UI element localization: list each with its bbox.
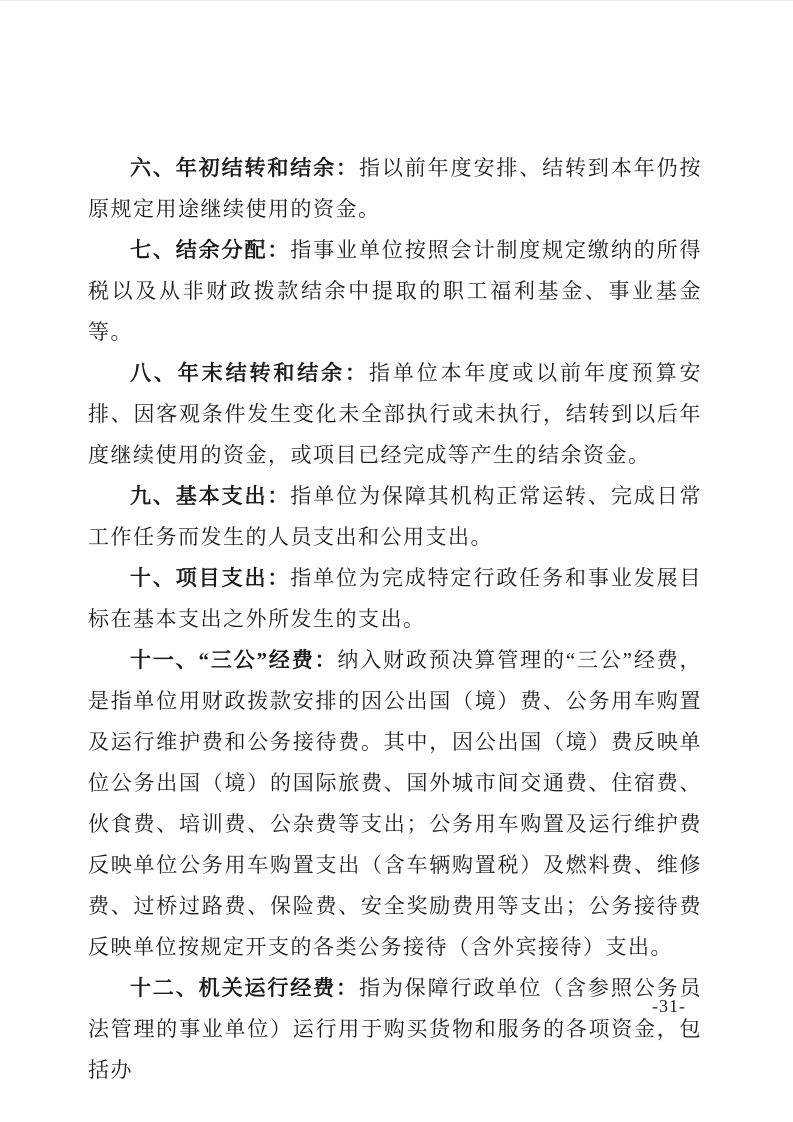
term-heading: 七、结余分配：: [130, 238, 290, 262]
paragraph: 九、基本支出：指单位为保障其机构正常运转、完成日常工作任务而发生的人员支出和公用…: [88, 476, 702, 558]
document-page: 六、年初结转和结余：指以前年度安排、结转到本年仍按原规定用途继续使用的资金。 七…: [0, 0, 793, 1122]
paragraph: 八、年末结转和结余：指单位本年度或以前年度预算安排、因客观条件发生变化未全部执行…: [88, 353, 702, 476]
page-number: -31-: [652, 996, 686, 1017]
term-definition: 纳入财政预决算管理的“三公”经费，是指单位用财政拨款安排的因公出国（境）费、公务…: [88, 648, 702, 959]
term-heading: 十一、“三公”经费：: [130, 648, 337, 672]
paragraph: 七、结余分配：指事业单位按照会计制度规定缴纳的所得税以及从非财政拨款结余中提取的…: [88, 230, 702, 353]
term-heading: 十二、机关运行经费：: [130, 976, 359, 1000]
term-heading: 六、年初结转和结余：: [130, 156, 359, 180]
paragraph: 十一、“三公”经费：纳入财政预决算管理的“三公”经费，是指单位用财政拨款安排的因…: [88, 640, 702, 968]
term-heading: 八、年末结转和结余：: [130, 361, 369, 385]
paragraph: 十二、机关运行经费：指为保障行政单位（含参照公务员法管理的事业单位）运行用于购买…: [88, 968, 702, 1091]
paragraph: 六、年初结转和结余：指以前年度安排、结转到本年仍按原规定用途继续使用的资金。: [88, 148, 702, 230]
term-heading: 九、基本支出：: [130, 484, 290, 508]
document-body: 六、年初结转和结余：指以前年度安排、结转到本年仍按原规定用途继续使用的资金。 七…: [88, 148, 702, 1091]
term-heading: 十、项目支出：: [130, 566, 290, 590]
paragraph: 十、项目支出：指单位为完成特定行政任务和事业发展目标在基本支出之外所发生的支出。: [88, 558, 702, 640]
